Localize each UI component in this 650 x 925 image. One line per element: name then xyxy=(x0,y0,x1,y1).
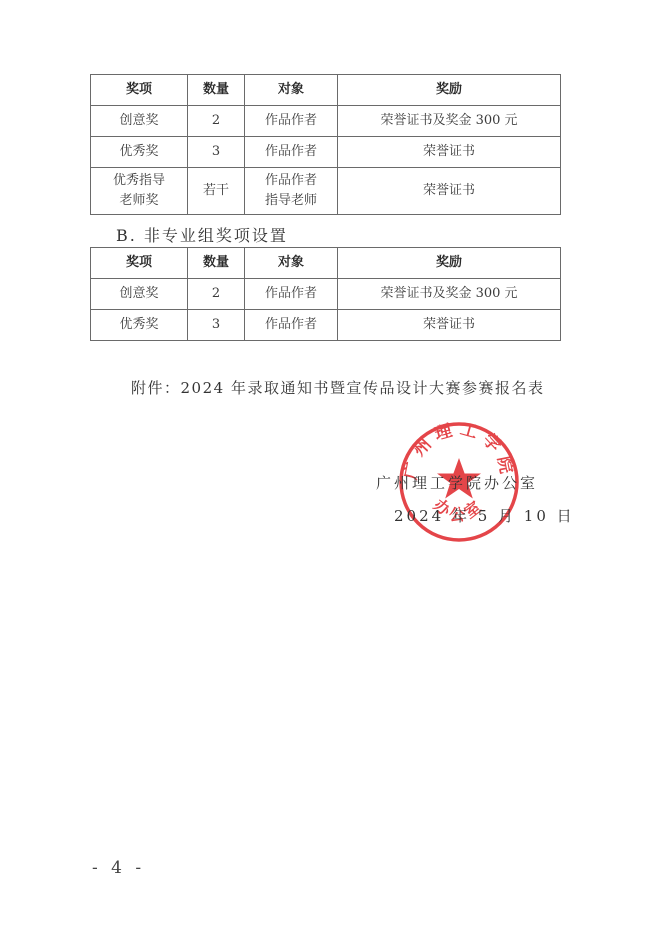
award-table-professional: 奖项 数量 对象 奖励 创意奖 2 作品作者 荣誉证书及奖金 300 元 优秀奖… xyxy=(90,74,561,215)
table-row: 优秀奖 3 作品作者 荣誉证书 xyxy=(91,137,561,168)
cell-target: 作品作者 指导老师 xyxy=(245,168,338,215)
header-target: 对象 xyxy=(245,75,338,106)
cell-count: 2 xyxy=(188,279,245,310)
cell-award: 优秀奖 xyxy=(91,310,188,341)
cell-target: 作品作者 xyxy=(245,279,338,310)
header-prize: 奖励 xyxy=(338,75,561,106)
section-title-nonprofessional: B. 非专业组奖项设置 xyxy=(116,223,288,246)
cell-award: 创意奖 xyxy=(91,279,188,310)
cell-prize: 荣誉证书 xyxy=(338,137,561,168)
signing-date: 2024 年 5 月 10 日 xyxy=(394,505,575,526)
header-count: 数量 xyxy=(188,248,245,279)
award-table-nonprofessional: 奖项 数量 对象 奖励 创意奖 2 作品作者 荣誉证书及奖金 300 元 优秀奖… xyxy=(90,247,561,341)
table-row: 创意奖 2 作品作者 荣誉证书及奖金 300 元 xyxy=(91,279,561,310)
cell-prize: 荣誉证书 xyxy=(338,310,561,341)
page-number: - 4 - xyxy=(92,858,145,878)
award-line-2: 老师奖 xyxy=(91,191,187,211)
cell-count: 若干 xyxy=(188,168,245,215)
table-row: 优秀指导 老师奖 若干 作品作者 指导老师 荣誉证书 xyxy=(91,168,561,215)
signing-organization: 广州理工学院办公室 xyxy=(376,472,538,493)
cell-prize: 荣誉证书 xyxy=(338,168,561,215)
table-row: 优秀奖 3 作品作者 荣誉证书 xyxy=(91,310,561,341)
target-line-1: 作品作者 xyxy=(245,171,337,191)
cell-target: 作品作者 xyxy=(245,137,338,168)
cell-count: 3 xyxy=(188,310,245,341)
cell-target: 作品作者 xyxy=(245,106,338,137)
header-prize: 奖励 xyxy=(338,248,561,279)
table-row: 创意奖 2 作品作者 荣誉证书及奖金 300 元 xyxy=(91,106,561,137)
cell-award: 优秀奖 xyxy=(91,137,188,168)
cell-count: 2 xyxy=(188,106,245,137)
table-header-row: 奖项 数量 对象 奖励 xyxy=(91,248,561,279)
table-header-row: 奖项 数量 对象 奖励 xyxy=(91,75,561,106)
header-target: 对象 xyxy=(245,248,338,279)
cell-prize: 荣誉证书及奖金 300 元 xyxy=(338,279,561,310)
cell-prize: 荣誉证书及奖金 300 元 xyxy=(338,106,561,137)
header-count: 数量 xyxy=(188,75,245,106)
header-award: 奖项 xyxy=(91,248,188,279)
header-award: 奖项 xyxy=(91,75,188,106)
cell-count: 3 xyxy=(188,137,245,168)
cell-award: 创意奖 xyxy=(91,106,188,137)
target-line-2: 指导老师 xyxy=(245,191,337,211)
cell-target: 作品作者 xyxy=(245,310,338,341)
award-line-1: 优秀指导 xyxy=(91,171,187,191)
cell-award: 优秀指导 老师奖 xyxy=(91,168,188,215)
attachment-note: 附件：2024 年录取通知书暨宣传品设计大赛参赛报名表 xyxy=(131,377,544,398)
